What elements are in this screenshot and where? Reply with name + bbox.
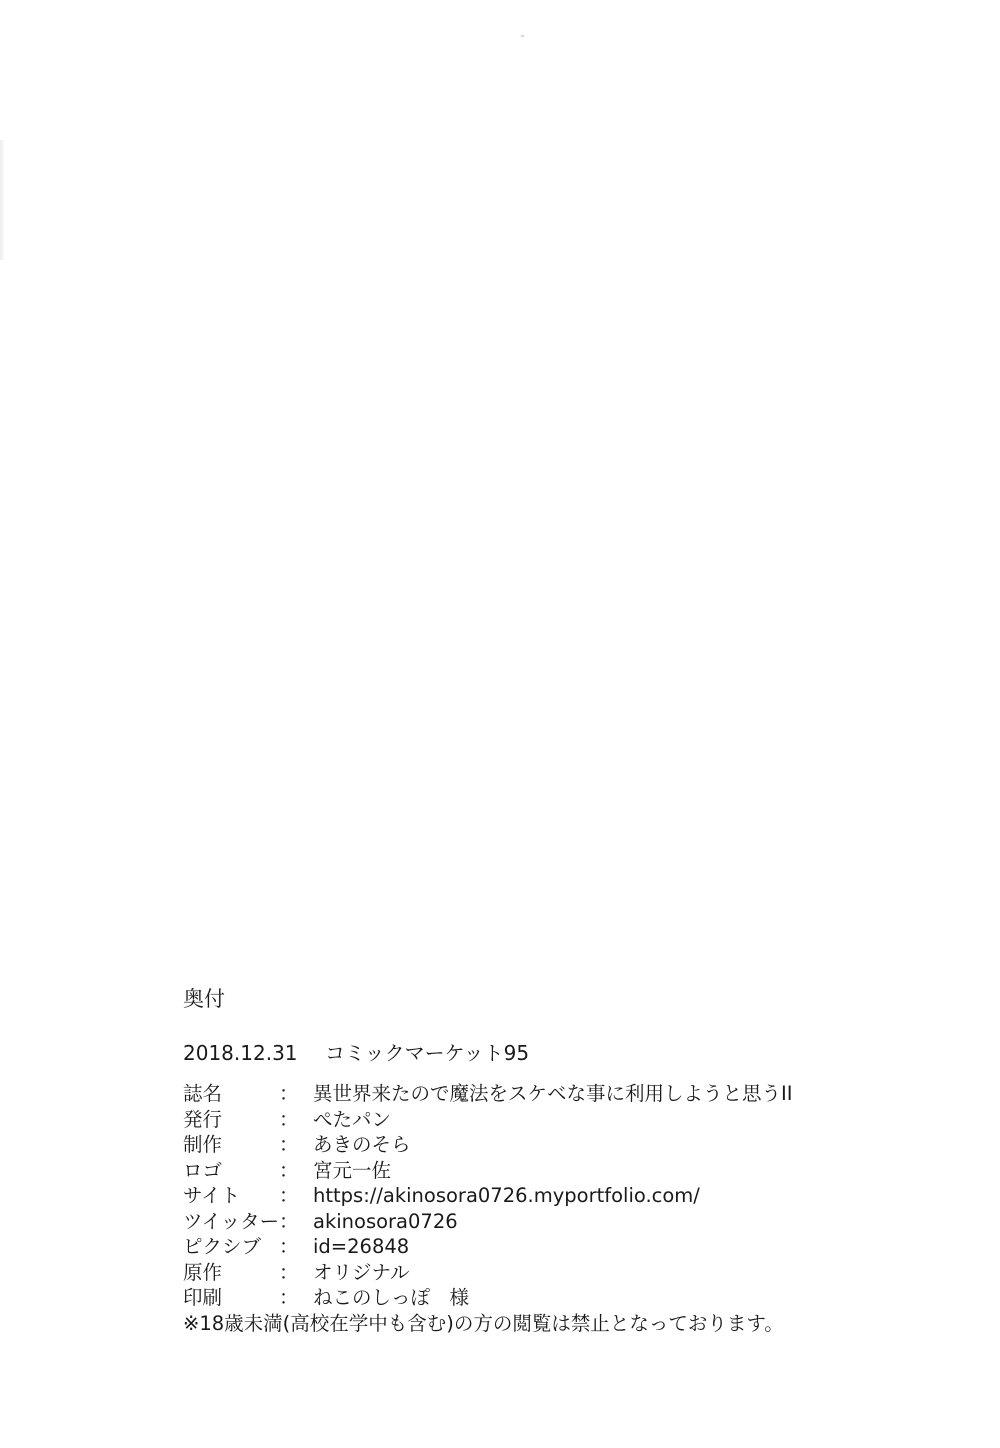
colophon-info-list: 誌名 ： 異世界来たので魔法をスケベな事に利用しようと思うII 発行 ： ぺたパ… <box>183 1081 823 1337</box>
info-value: あきのそら <box>313 1132 411 1158</box>
info-separator: ： <box>279 1260 313 1286</box>
event-date: 2018.12.31 <box>183 1039 325 1067</box>
scan-page-edge <box>0 140 4 260</box>
info-row-twitter: ツイッター ： akinosora0726 <box>183 1209 823 1235</box>
info-row-site: サイト ： https://akinosora0726.myportfolio.… <box>183 1183 823 1209</box>
colophon-heading: 奥付 <box>183 984 823 1014</box>
twitter-handle: akinosora0726 <box>313 1209 458 1235</box>
info-label: 制作 <box>183 1132 279 1158</box>
pixiv-id: id=26848 <box>313 1234 409 1260</box>
info-label: 印刷 <box>183 1285 279 1311</box>
event-name: コミックマーケット95 <box>325 1041 529 1065</box>
info-label: ロゴ <box>183 1158 279 1184</box>
age-restriction-notice: ※18歳未満(高校在学中も含む)の方の閲覧は禁止となっております。 <box>183 1311 823 1337</box>
info-separator: ： <box>279 1107 313 1133</box>
info-row-logo: ロゴ ： 宮元一佐 <box>183 1158 823 1184</box>
info-value: 宮元一佐 <box>313 1158 391 1184</box>
site-url: https://akinosora0726.myportfolio.com/ <box>313 1183 700 1209</box>
info-separator: ： <box>279 1285 313 1311</box>
info-separator: ： <box>279 1183 313 1209</box>
info-label: ピクシブ <box>183 1234 279 1260</box>
event-line: 2018.12.31コミックマーケット95 <box>183 1039 823 1067</box>
info-row-printer: 印刷 ： ねこのしっぽ 様 <box>183 1285 823 1311</box>
info-row-author: 制作 ： あきのそら <box>183 1132 823 1158</box>
info-value: 異世界来たので魔法をスケベな事に利用しようと思うII <box>313 1081 793 1107</box>
info-label: 誌名 <box>183 1081 279 1107</box>
scan-speck <box>521 35 524 37</box>
info-separator: ： <box>279 1209 313 1235</box>
info-label: ツイッター <box>183 1209 279 1235</box>
info-label: 原作 <box>183 1260 279 1286</box>
info-separator: ： <box>279 1132 313 1158</box>
info-row-pixiv: ピクシブ ： id=26848 <box>183 1234 823 1260</box>
info-label: 発行 <box>183 1107 279 1133</box>
info-value: ぺたパン <box>313 1107 391 1133</box>
info-row-original: 原作 ： オリジナル <box>183 1260 823 1286</box>
info-separator: ： <box>279 1234 313 1260</box>
info-value: オリジナル <box>313 1260 410 1286</box>
info-row-title: 誌名 ： 異世界来たので魔法をスケベな事に利用しようと思うII <box>183 1081 823 1107</box>
info-value: ねこのしっぽ 様 <box>313 1285 469 1311</box>
colophon: 奥付 2018.12.31コミックマーケット95 誌名 ： 異世界来たので魔法を… <box>183 984 823 1337</box>
info-separator: ： <box>279 1158 313 1184</box>
info-separator: ： <box>279 1081 313 1107</box>
info-label: サイト <box>183 1183 279 1209</box>
info-row-publisher: 発行 ： ぺたパン <box>183 1107 823 1133</box>
